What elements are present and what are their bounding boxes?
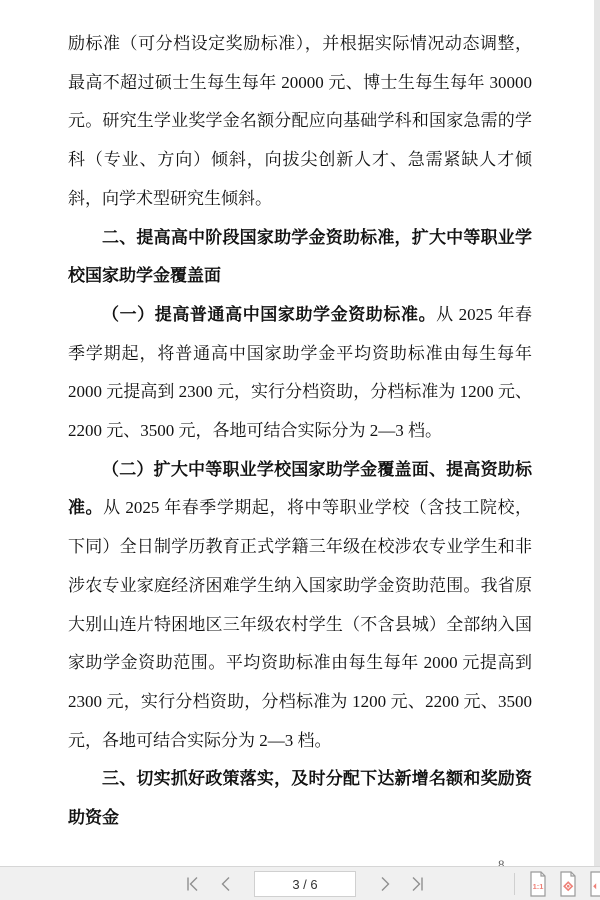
page-indicator[interactable]: 3 / 6 bbox=[254, 871, 356, 897]
document-page-number: 8 bbox=[498, 856, 512, 866]
fit-width-icon bbox=[588, 871, 600, 897]
fit-page-button[interactable] bbox=[557, 869, 579, 899]
paragraph: （一）提高普通高中国家助学金资助标准。从 2025 年春季学期起，将普通高中国家… bbox=[68, 296, 532, 451]
bold-text-segment: 二、提高高中阶段国家助学金资助标准，扩大中等职业学校国家助学金覆盖面 bbox=[68, 228, 532, 286]
first-page-icon bbox=[186, 876, 200, 892]
document-text: 励标准（可分档设定奖励标准），并根据实际情况动态调整，最高不超过硕士生每生每年 … bbox=[68, 0, 532, 838]
page-indicator-text: 3 / 6 bbox=[292, 877, 317, 892]
paragraph: 二、提高高中阶段国家助学金资助标准，扩大中等职业学校国家助学金覆盖面 bbox=[68, 219, 532, 296]
paragraph: 励标准（可分档设定奖励标准），并根据实际情况动态调整，最高不超过硕士生每生每年 … bbox=[68, 25, 532, 219]
first-page-button[interactable] bbox=[180, 869, 206, 899]
document-viewer: 励标准（可分档设定奖励标准），并根据实际情况动态调整，最高不超过硕士生每生每年 … bbox=[0, 0, 600, 900]
text-segment: 励标准（可分档设定奖励标准），并根据实际情况动态调整，最高不超过硕士生每生每年 … bbox=[68, 34, 532, 208]
text-segment: 从 2025 年春季学期起，将普通高中国家助学金平均资助标准由每生每年 2000… bbox=[68, 305, 532, 440]
last-page-button[interactable] bbox=[404, 869, 430, 899]
actual-size-button[interactable]: 1:1 bbox=[527, 869, 549, 899]
page-navigation: 3 / 6 bbox=[180, 867, 430, 900]
paragraph: 三、切实抓好政策落实，及时分配下达新增名额和奖励资助资金 bbox=[68, 760, 532, 837]
text-segment: 从 2025 年春季学期起，将中等职业学校（含技工院校，下同）全日制学历教育正式… bbox=[68, 498, 532, 749]
fit-width-button[interactable] bbox=[587, 869, 600, 899]
zoom-tools: 1:1 bbox=[514, 867, 600, 900]
fit-page-icon bbox=[558, 871, 578, 897]
prev-page-button[interactable] bbox=[212, 869, 238, 899]
pager-toolbar: 3 / 6 1:1 bbox=[0, 866, 600, 900]
actual-size-icon: 1:1 bbox=[528, 871, 548, 897]
next-page-button[interactable] bbox=[372, 869, 398, 899]
next-page-icon bbox=[380, 876, 391, 892]
svg-text:1:1: 1:1 bbox=[533, 882, 544, 891]
paragraph: （二）扩大中等职业学校国家助学金覆盖面、提高资助标准。从 2025 年春季学期起… bbox=[68, 451, 532, 761]
bold-text-segment: （一）提高普通高中国家助学金资助标准。 bbox=[102, 305, 436, 324]
toolbar-separator bbox=[514, 873, 515, 895]
previous-page-icon bbox=[220, 876, 231, 892]
last-page-icon bbox=[410, 876, 424, 892]
bold-text-segment: 三、切实抓好政策落实，及时分配下达新增名额和奖励资助资金 bbox=[68, 769, 532, 827]
page-edge-gutter bbox=[594, 0, 600, 866]
